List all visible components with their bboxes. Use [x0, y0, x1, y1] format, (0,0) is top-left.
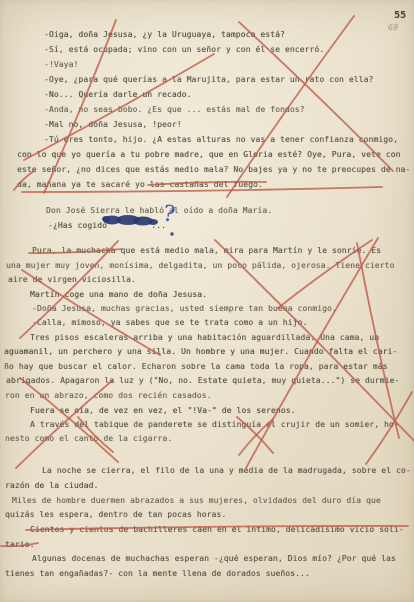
- typescript-line: Miles de hombre duermen abrazados a sus …: [12, 496, 381, 506]
- typescript-line: aire de virgen viciosilla.: [8, 275, 136, 285]
- typescript-line: nesto como el canto de la cigarra.: [5, 434, 172, 444]
- typescript-line: ron en un abrazo, como dos recién casado…: [5, 391, 212, 401]
- typescript-line: aguamanil, un perchero y una silla. Un h…: [4, 347, 397, 357]
- typescript-line: Martín coge una mano de doña Jesusa.: [30, 290, 207, 300]
- typescript-line: una mujer muy joven, monísima, delgadita…: [6, 261, 394, 271]
- typescript-line: -Tú eres tonto, hijo. ¿A estas alturas n…: [44, 135, 398, 145]
- typescript-line: A través del tabique de panderete se dis…: [30, 420, 399, 430]
- typescript-line: tario.: [5, 540, 35, 550]
- typescript-line: ño hay que buscar el calor. Echaron sobr…: [4, 362, 387, 372]
- typescript-line: -¿Has cogido ...: [48, 221, 166, 231]
- typescript-line: da, mañana ya te sacaré yo las castañas …: [17, 180, 263, 190]
- question-mark-dot: [170, 232, 173, 235]
- typescript-line: -Anda, no seas bobo. ¿Es que ... estás m…: [44, 105, 305, 115]
- typescript-line: Pura, la muchacha que está medio mala, m…: [32, 246, 381, 256]
- typescript-line: Don José Sierra le habló al oído a doña …: [46, 206, 272, 216]
- typescript-line: razón de la ciudad.: [5, 481, 98, 491]
- typescript-line: -Oiga, doña Jesusa, ¿y la Uruguaya, tamp…: [44, 30, 285, 40]
- page-number: 55: [394, 11, 406, 21]
- typescript-line: Fuera se oía, de vez en vez, el "!Va-" d…: [30, 406, 296, 416]
- typescript-line: -Calla, mimoso, ya sabes que se te trata…: [32, 318, 307, 328]
- typescript-line: tienes tan engañadas?- con la mente llen…: [5, 569, 310, 579]
- typescript-line: abrigados. Apagaron la luz y ("No, no. E…: [6, 376, 399, 386]
- typescript-line: La noche se cierra, el filo de la una y …: [42, 466, 411, 476]
- manuscript-page: 55 69 -Oiga, doña Jesusa, ¿y la Uruguaya…: [0, 0, 414, 602]
- typescript-line: quizás les espera, dentro de tan pocas h…: [5, 510, 226, 520]
- handwritten-question-mark-icon: ?: [161, 203, 176, 227]
- typescript-line: -Oye, ¿para qué querías a la Marujita, p…: [44, 75, 373, 85]
- typescript-line: Cientos y cientos de bachilleres caen en…: [30, 525, 404, 535]
- typescript-line: -!Vaya!: [44, 60, 78, 70]
- typescript-line: con lo que yo quería a tu pobre madre, q…: [17, 150, 400, 160]
- typescript-line: -Sí, está ocupada; vino con un señor y c…: [44, 45, 324, 55]
- typescript-line: Tres pisos escaleras arriba y una habita…: [30, 333, 379, 343]
- pencil-note: 69: [388, 24, 399, 33]
- typescript-line: Algunas docenas de muchachas esperan -¿q…: [32, 554, 396, 564]
- typescript-line: este señor, ¿no dices que estás medio ma…: [17, 165, 410, 175]
- typescript-line: -No... Quería darle un recado.: [44, 90, 192, 100]
- typescript-line: -Doña Jesusa, muchas gracias, usted siem…: [32, 304, 337, 314]
- typescript-line: -Mal no, doña Jesusa, !peor!: [44, 120, 182, 130]
